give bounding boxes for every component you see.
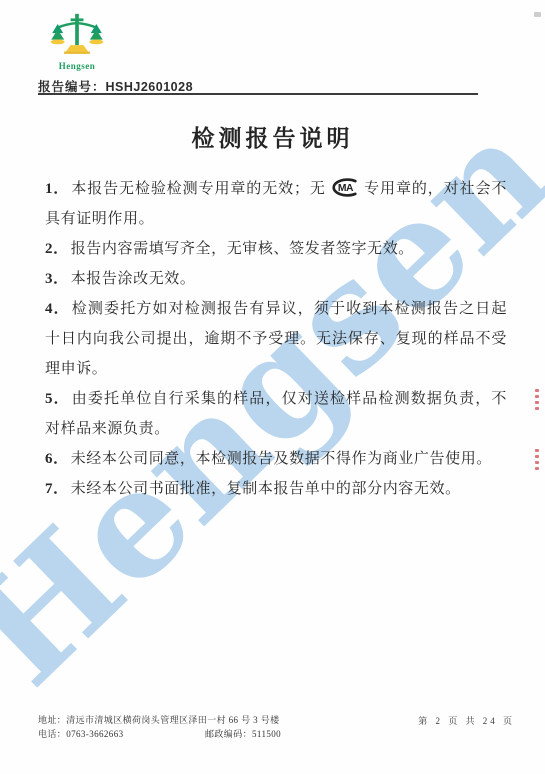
footer-contact: 地址：清远市清城区横荷岗头管理区泽田一村 66 号 3 号楼 电话：0763-3… <box>38 714 358 741</box>
postal: 邮政编码：511500 <box>205 728 281 742</box>
phone-value: 0763-3662663 <box>66 729 123 739</box>
scan-smudge <box>534 12 541 17</box>
header-divider <box>38 93 478 95</box>
page-number: 第 2 页 共 24 页 <box>418 714 515 729</box>
cma-mark-text: MA <box>338 183 354 194</box>
phone-label: 电话： <box>38 729 66 739</box>
postal-label: 邮政编码： <box>205 729 252 739</box>
phone: 电话：0763-3662663 <box>38 728 205 742</box>
footer-address-line: 地址：清远市清城区横荷岗头管理区泽田一村 66 号 3 号楼 <box>38 714 358 728</box>
note-item-5: 5．由委托单位自行采集的样品，仅对送检样品检测数据负责，不对样品来源负责。 <box>45 384 507 444</box>
red-edge-marks <box>535 386 539 413</box>
note-item-4: 4．检测委托方如对检测报告有异议，须于收到本检测报告之日起十日内向我公司提出，逾… <box>45 294 507 384</box>
note-text: 未经本公司同意，本检测报告及数据不得作为商业广告使用。 <box>71 451 492 467</box>
note-text: 本报告涂改无效。 <box>71 271 196 287</box>
logo-brand-text: Hengsen <box>46 61 108 71</box>
address-label: 地址： <box>38 715 66 725</box>
report-number-label: 报告编号： <box>38 80 106 94</box>
notes-list: 1．本报告无检验检测专用章的无效；无MA专用章的，对社会不具有证明作用。 2．报… <box>45 174 507 504</box>
note-item-3: 3．本报告涂改无效。 <box>45 264 507 294</box>
note-item-7: 7．未经本公司书面批准，复制本报告单中的部分内容无效。 <box>45 474 507 504</box>
page-footer: 地址：清远市清城区横荷岗头管理区泽田一村 66 号 3 号楼 电话：0763-3… <box>38 714 515 741</box>
note-text: 报告内容需填写齐全，无审核、签发者签字无效。 <box>71 241 414 257</box>
note-text: 由委托单位自行采集的样品，仅对送检样品检测数据负责，不对样品来源负责。 <box>45 391 507 437</box>
note-number: 3． <box>45 271 69 287</box>
postal-value: 511500 <box>252 729 281 739</box>
page-title: 检测报告说明 <box>0 120 545 153</box>
note-number: 1． <box>45 181 69 197</box>
note-number: 4． <box>45 301 70 317</box>
note-item-2: 2．报告内容需填写齐全，无审核、签发者签字无效。 <box>45 234 507 264</box>
report-number-value: HSHJ2601028 <box>106 80 194 94</box>
address-value: 清远市清城区横荷岗头管理区泽田一村 66 号 3 号楼 <box>66 715 279 725</box>
note-item-6: 6．未经本公司同意，本检测报告及数据不得作为商业广告使用。 <box>45 444 507 474</box>
cma-mark-icon: MA <box>329 178 361 197</box>
note-item-1: 1．本报告无检验检测专用章的无效；无MA专用章的，对社会不具有证明作用。 <box>45 174 507 234</box>
note-number: 2． <box>45 241 69 257</box>
hengsen-logo: Hengsen <box>46 12 108 71</box>
balance-trees-icon <box>49 12 105 58</box>
note-text: 未经本公司书面批准，复制本报告单中的部分内容无效。 <box>71 481 461 497</box>
note-text: 本报告无检验检测专用章的无效；无 <box>71 181 326 197</box>
footer-phone-line: 电话：0763-3662663 邮政编码：511500 <box>38 728 358 742</box>
note-number: 6． <box>45 451 69 467</box>
note-text: 检测委托方如对检测报告有异议，须于收到本检测报告之日起十日内向我公司提出，逾期不… <box>45 301 507 377</box>
report-page: Hengsen Heng <box>0 0 545 774</box>
red-edge-marks <box>535 446 539 473</box>
note-number: 7． <box>45 481 69 497</box>
note-number: 5． <box>45 391 70 407</box>
